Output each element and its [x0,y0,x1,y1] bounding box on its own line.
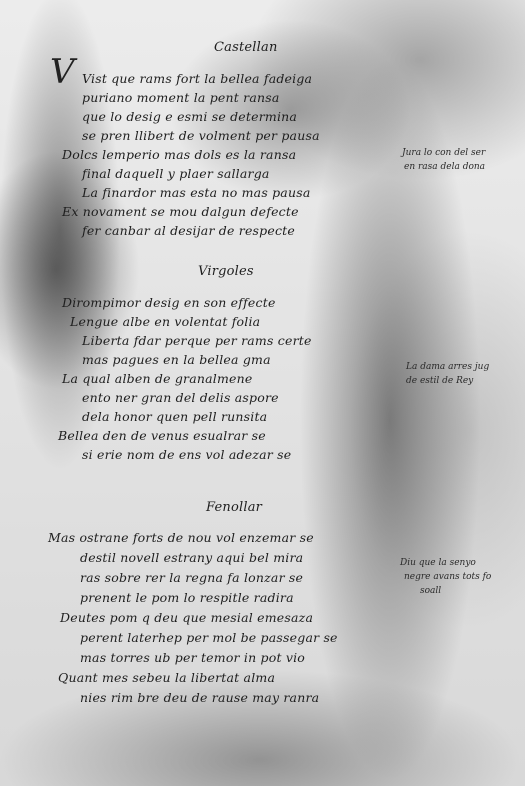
verse-line: La finardor mas esta no mas pausa [82,185,310,200]
verse-line: fer canbar al desijar de respecte [82,223,295,238]
verse-line: final daquell y plaer sallarga [82,166,270,181]
margin-note: Diu que la senyo [400,558,476,568]
verse-line: La qual alben de granalmene [62,371,252,386]
verse-line: dela honor quen pell runsita [82,409,267,424]
verse-line: Mas ostrane forts de nou vol enzemar se [48,530,314,545]
manuscript-page: Castellan V Vist que rams fort la bellea… [0,0,525,786]
verse-line: ento ner gran del delis aspore [82,390,279,405]
verse-line: mas torres ub per temor in pot vio [80,650,305,665]
verse-line: Lengue albe en volentat folia [70,314,260,329]
verse-line: ras sobre rer la regna fa lonzar se [80,570,303,585]
verse-line: mas pagues en la bellea gma [82,352,271,367]
verse-line: Liberta fdar perque per rams certe [82,333,312,348]
verse-line: Vist que rams fort la bellea fadeiga [82,71,312,86]
verse-line: Bellea den de venus esualrar se [58,428,266,443]
verse-line: perent laterhep per mol be passegar se [80,630,338,645]
verse-line: nies rim bre deu de rause may ranra [80,690,319,705]
margin-note: negre avans tots fo [404,572,491,582]
verse-line: Ex novament se mou dalgun defecte [62,204,299,219]
margin-note: soall [420,586,441,596]
verse-line: se pren llibert de volment per pausa [82,128,320,143]
verse-line: Dirompimor desig en son effecte [62,295,276,310]
section-heading-fenollar: Fenollar [206,500,262,515]
margin-note: La dama arres jug [406,362,489,372]
margin-note: de estil de Rey [406,376,473,386]
verse-line: destil novell estrany aqui bel mira [80,550,303,565]
section-heading-castellan: Castellan [214,40,278,55]
verse-line: Deutes pom q deu que mesial emesaza [60,610,313,625]
verse-line: Quant mes sebeu la libertat alma [58,670,275,685]
margin-note: en rasa dela dona [404,162,485,172]
decorated-initial: V [50,52,75,92]
verse-line: Dolcs lemperio mas dols es la ransa [62,147,296,162]
margin-note: Jura lo con del ser [402,148,485,158]
verse-line: puriano moment la pent ransa [82,90,280,105]
verse-line: prenent le pom lo respitle radira [80,590,294,605]
section-heading-virgoles: Virgoles [198,264,254,279]
verse-line: si erie nom de ens vol adezar se [82,447,291,462]
verse-line: que lo desig e esmi se determina [82,109,297,124]
